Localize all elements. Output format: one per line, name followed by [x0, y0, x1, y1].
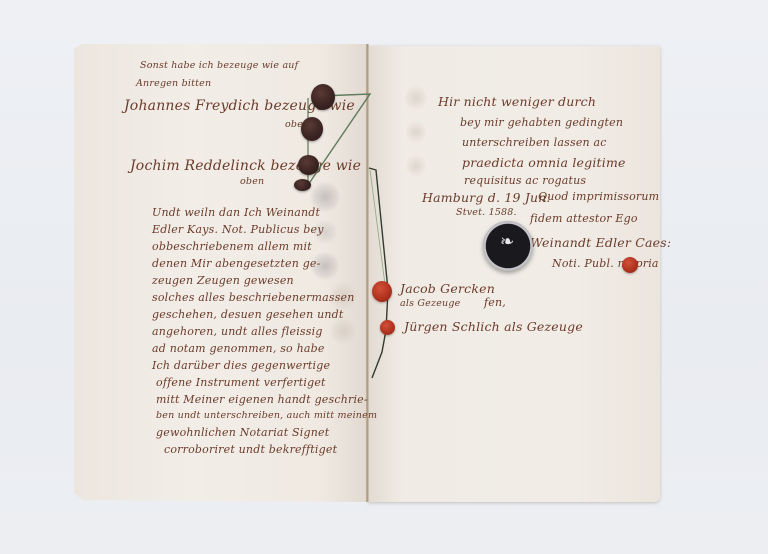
red-wax-seal — [380, 320, 395, 335]
signature-1-line-2: Anregen bitten — [136, 78, 211, 89]
center-fold — [366, 44, 369, 502]
right-manuscript-page — [368, 46, 660, 502]
wax-stain — [406, 155, 426, 177]
witness-1-name: Jacob Gercken — [400, 281, 495, 296]
body-line: Edler Kays. Not. Publicus bey — [152, 223, 324, 236]
right-line: unterschreiben lassen ac — [462, 136, 607, 149]
notary-swan-signet: ❧ — [483, 221, 533, 271]
place-date-line-1: Hamburg d. 19 Jun: — [422, 190, 551, 205]
attestation-line: fidem attestor Ego — [530, 212, 638, 225]
dark-wax-seal — [301, 117, 323, 141]
body-line: Ich darüber dies gegenwertige — [152, 359, 330, 372]
witness-1-role: als Gezeuge — [400, 298, 460, 309]
body-line: solches alles beschriebenermassen — [152, 291, 355, 304]
signature-1-line-1: Sonst habe ich bezeuge wie auf — [140, 60, 298, 71]
signature-3-line-1: Jochim Reddelinck bezeuge wie — [130, 158, 361, 174]
red-wax-seal — [622, 257, 638, 273]
wax-stain — [406, 120, 426, 144]
body-line: angehoren, undt alles fleissig — [152, 325, 323, 338]
body-line: geschehen, desuen gesehen undt — [152, 308, 344, 321]
right-line: bey mir gehabten gedingten — [460, 116, 623, 129]
body-line: mitt Meiner eigenen handt geschrie- — [156, 393, 368, 406]
witness-1-suffix: fen, — [484, 296, 506, 309]
body-line: Undt weiln dan Ich Weinandt — [152, 206, 320, 219]
signature-3-line-2: oben — [240, 176, 264, 187]
body-line: zeugen Zeugen gewesen — [152, 274, 294, 287]
dark-wax-seal — [298, 155, 319, 175]
body-line: gewohnlichen Notariat Signet — [156, 426, 329, 439]
swan-icon: ❧ — [500, 234, 514, 251]
attestation-line: Noti. Publ. mppria — [552, 257, 659, 270]
body-line: denen Mir abengesetzten ge- — [152, 257, 321, 270]
body-line: corroboriret undt bekrefftiget — [164, 443, 337, 456]
right-line: Hir nicht weniger durch — [438, 94, 596, 109]
right-line: requisitus ac rogatus — [464, 174, 586, 187]
body-line: ad notam genommen, so habe — [152, 342, 325, 355]
attestation-line: Weinandt Edler Caes: — [530, 235, 671, 250]
wax-stain — [405, 85, 427, 111]
witness-2-name: Jürgen Schlich als Gezeuge — [404, 319, 583, 334]
place-date-line-2: Stvet. 1588. — [456, 207, 517, 218]
body-line: ben undt unterschreiben, auch mitt meine… — [156, 410, 377, 421]
right-line: praedicta omnia legitime — [462, 155, 626, 170]
body-line: obbeschriebenem allem mit — [152, 240, 312, 253]
red-wax-seal — [372, 281, 392, 302]
dark-wax-seal — [294, 179, 311, 191]
wax-stain — [330, 318, 356, 344]
attestation-line: Quod imprimissorum — [538, 190, 659, 203]
body-line: offene Instrument verfertiget — [156, 376, 326, 389]
dark-wax-seal — [311, 84, 335, 110]
